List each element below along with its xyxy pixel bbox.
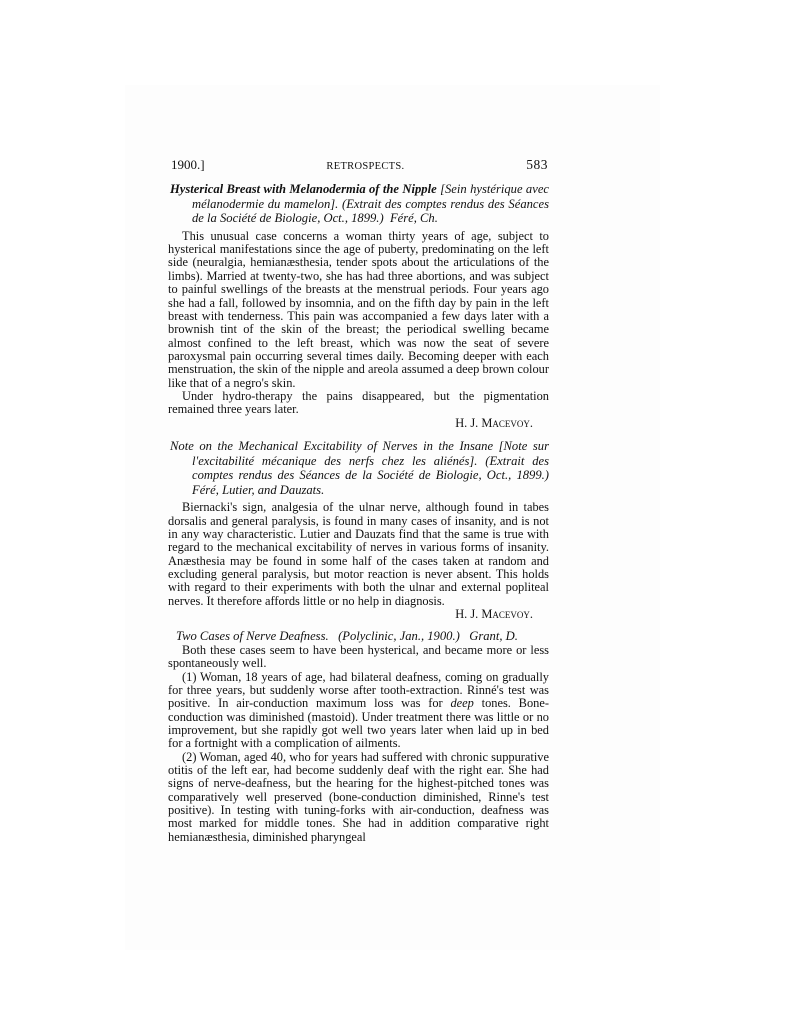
- page-number: 583: [526, 158, 548, 171]
- article-3-title: Two Cases of Nerve Deafness. (Polyclinic…: [168, 629, 549, 644]
- article-3-paragraph-3: (2) Woman, aged 40, who for years had su…: [168, 751, 549, 844]
- article-2-paragraph-1: Biernacki's sign, analgesia of the ulnar…: [168, 501, 549, 608]
- article-2-signature-line: H. J. Macevoy.: [168, 608, 549, 621]
- article-3-source: (Polyclinic, Jan., 1900.): [338, 629, 460, 643]
- article-3-paragraph-2: (1) Woman, 18 years of age, had bilatera…: [168, 671, 549, 751]
- article-1-signature-line: H. J. Macevoy.: [168, 417, 549, 430]
- article-2-title: Note on the Mechanical Excitability of N…: [168, 439, 549, 497]
- article-1-paragraph-2: Under hydro-therapy the pains disappeare…: [168, 390, 549, 417]
- article-3-authors: Grant, D.: [469, 629, 518, 643]
- text-column: 1900.] RETROSPECTS. 583 Hysterical Breas…: [168, 158, 549, 844]
- running-head-year: 1900.]: [171, 158, 205, 171]
- running-head: 1900.] RETROSPECTS. 583: [168, 158, 549, 174]
- article-1-paragraph-1: This unusual case concerns a woman thirt…: [168, 230, 549, 390]
- article-2-signature: H. J. Macevoy.: [455, 608, 549, 621]
- article-2-title-en: Note on the Mechanical Excitability of N…: [170, 439, 493, 453]
- running-head-section: RETROSPECTS.: [326, 160, 404, 173]
- article-3-paragraph-1: Both these cases seem to have been hyste…: [168, 644, 549, 671]
- article-3-title-en: Two Cases of Nerve Deafness.: [176, 629, 329, 643]
- article-1-title-en: Hysterical Breast with Melanodermia of t…: [170, 182, 437, 196]
- article-1-signature: H. J. Macevoy.: [455, 417, 549, 430]
- article-1-title: Hysterical Breast with Melanodermia of t…: [168, 182, 549, 226]
- emphasis-deep: deep: [450, 696, 473, 710]
- article-2-authors: Féré, Lutier, and Dauzats.: [192, 483, 324, 497]
- article-1-authors: Féré, Ch.: [390, 211, 438, 225]
